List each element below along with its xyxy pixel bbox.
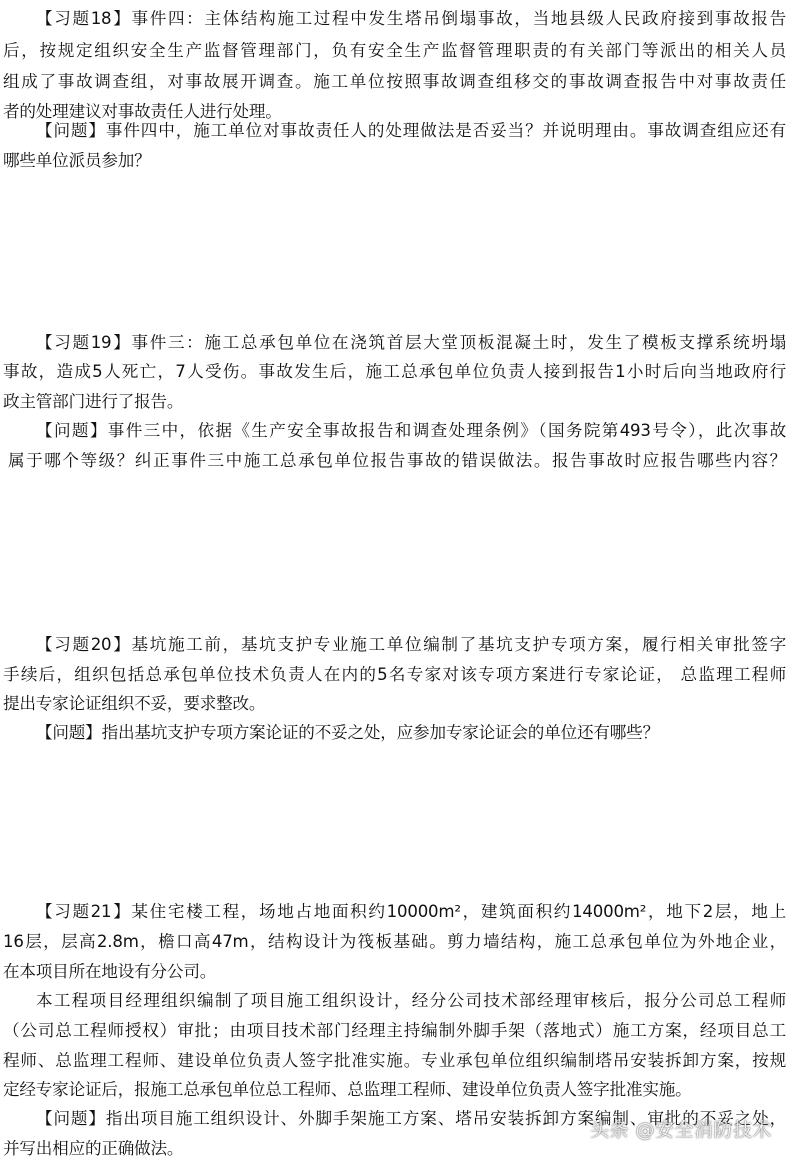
exercise-19-question-line-2: 属于哪个等级？纠正事件三中施工总承包单位报告事故的错误做法。报告事故时应报告哪些… [8,446,786,476]
exercise-18-line-2: 后，按规定组织安全生产监督管理部门，负有安全生产监督管理职责的有关部门等派出的相… [3,36,786,66]
exercise-20-question-line-1: 【问题】指出基坑支护专项方案论证的不妥之处，应参加专家论证会的单位还有哪些？ [36,718,786,748]
exercise-18-question-line-1: 【问题】事件四中，施工单位对事故责任人的处理做法是否妥当？并说明理由。事故调查组… [36,116,786,146]
exercise-19-line-3: 政主管部门进行了报告。 [3,387,786,417]
exercise-21-p2-line-2: （公司总工程师授权）审批；由项目技术部门经理主持编制外脚手架（落地式）施工方案，… [3,1016,786,1046]
exercise-19-line-1: 【习题19】事件三：施工总承包单位在浇筑首层大堂顶板混凝土时，发生了模板支撑系统… [36,328,786,358]
exercise-18-question-line-2: 哪些单位派员参加？ [3,146,786,176]
exercise-21-line-1: 【习题21】某住宅楼工程，场地占地面积约10000m²，建筑面积约14000m²… [36,897,786,927]
exercise-19-line-2: 事故，造成5人死亡，7人受伤。事故发生后，施工总承包单位负责人接到报告1小时后向… [3,357,786,387]
exercise-21-p2-line-1: 本工程项目经理组织编制了项目施工组织设计，经分公司技术部经理审核后，报分公司总工… [36,986,786,1016]
exercise-18-line-3: 组成了事故调查组，对事故展开调查。施工单位按照事故调查组移交的事故调查报告中对事… [3,67,786,97]
exercise-21-p2-line-3: 程师、总监理工程师、建设单位负责人签字批准实施。专业承包单位组织编制塔吊安装拆卸… [3,1046,786,1076]
exercise-21-p2-line-4: 定经专家论证后，报施工总承包单位总工程师、总监理工程师、建设单位负责人签字批准实… [3,1075,786,1105]
source-watermark: 头条 @安全消防技术 [590,1117,772,1143]
exercise-18-line-1: 【习题18】事件四：主体结构施工过程中发生塔吊倒塌事故，当地县级人民政府接到事故… [36,4,786,34]
exercise-20-line-3: 提出专家论证组织不妥，要求整改。 [3,689,786,719]
exercise-21-line-3: 在本项目所在地设有分公司。 [3,957,786,987]
exercise-20-line-2: 手续后，组织包括总承包单位技术负责人在内的5名专家对该专项方案进行专家论证， 总… [3,660,786,690]
exercise-20-line-1: 【习题20】基坑施工前，基坑支护专业施工单位编制了基坑支护专项方案，履行相关审批… [36,630,786,660]
exercise-21-line-2: 16层，层高2.8m，檐口高47m，结构设计为筏板基础。剪力墙结构，施工总承包单… [3,927,786,957]
exercise-19-question-line-1: 【问题】事件三中，依据《生产安全事故报告和调查处理条例》（国务院第493号令），… [36,416,786,446]
